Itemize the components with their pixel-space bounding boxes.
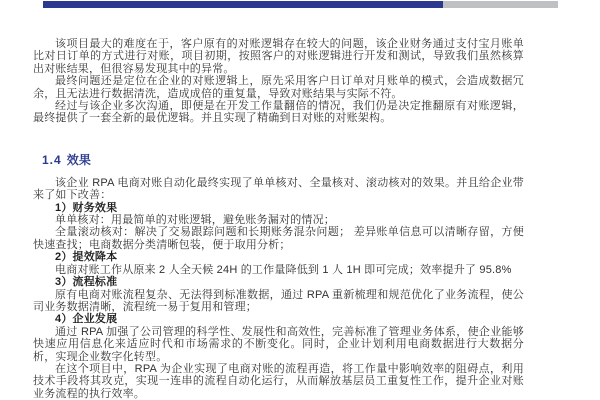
section-heading-effects: 1.4效果	[42, 154, 524, 167]
subsection-heading-financial: 1）财务效果	[33, 202, 524, 214]
paragraph-full-rolling-check: 全量滚动核对：解决了交易跟踪问题和长期账务混杂问题； 差异账单信息可以清晰存留，…	[33, 226, 524, 251]
paragraph-enterprise-development: 通过 RPA 加强了公司管理的科学性、发展性和高效性，完善标准了管理业务体系，使…	[33, 326, 524, 363]
document-page: 该项目最大的难度在于，客户原有的对账逻辑存在较大的问题，该企业财务通过支付宝月账…	[0, 0, 600, 400]
paragraph-root-cause: 最终问题还是定位在企业的对账逻辑上，原先采用客户日订单对月账单的模式，会造成数据…	[33, 75, 524, 100]
section-intro: 该企业 RPA 电商对账自动化最终实现了单单核对、全量核对、滚动核对的效果。并且…	[33, 177, 524, 202]
paragraph-project-difficulty: 该项目最大的难度在于，客户原有的对账逻辑存在较大的问题，该企业财务通过支付宝月账…	[33, 38, 524, 75]
section-title: 效果	[67, 153, 91, 167]
subsection-heading-efficiency: 2）提效降本	[33, 251, 524, 263]
section-number: 1.4	[42, 153, 62, 167]
document-content: 该项目最大的难度在于，客户原有的对账逻辑存在较大的问题，该企业财务通过支付宝月账…	[33, 38, 524, 400]
header-accent-bar-blue	[43, 1, 443, 8]
paragraph-single-check: 单单核对：用最简单的对账逻辑，避免账务漏对的情况；	[33, 214, 524, 226]
header-accent-bar-gray	[443, 1, 558, 8]
paragraph-process-standard: 原有电商对账流程复杂、无法得到标准数据，通过 RPA 重新梳理和规范优化了业务流…	[33, 289, 524, 314]
paragraph-project-summary: 在这个项目中，RPA 为企业实现了电商对账的流程再造，将工作量中影响效率的阻碍点…	[33, 363, 524, 400]
paragraph-solution: 经过与该企业多次沟通，即便是在开发工作量翻倍的情况，我们仍是决定推翻原有对账逻辑…	[33, 100, 524, 125]
subsection-heading-enterprise-development: 4）企业发展	[33, 313, 524, 325]
subsection-heading-process-standard: 3）流程标准	[33, 276, 524, 288]
paragraph-efficiency-gain: 电商对账工作从原来 2 人全天候 24H 的工作量降低到 1 人 1H 即可完成…	[33, 264, 524, 276]
